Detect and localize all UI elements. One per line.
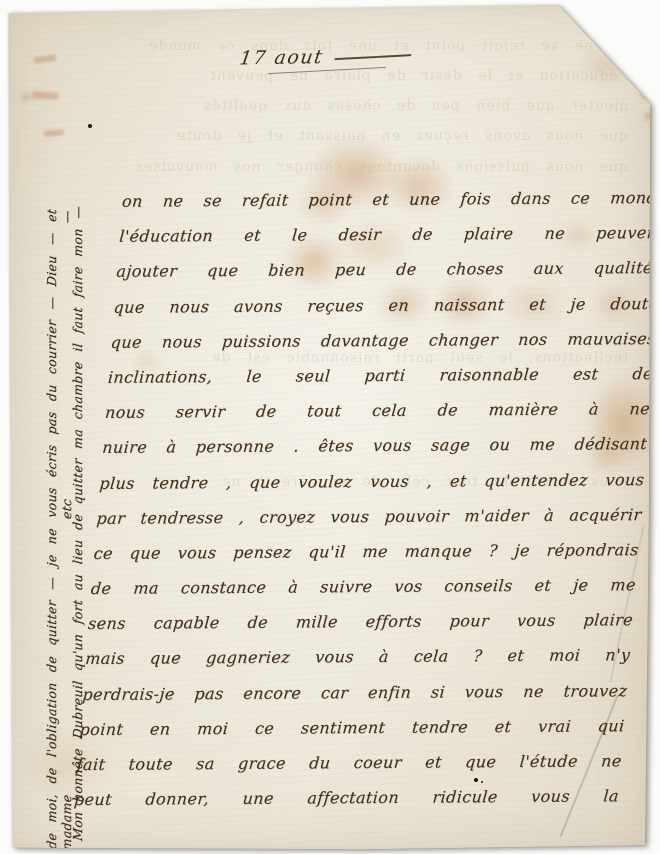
letter-line: mais que gagneriez vous à cela ? et moi … <box>84 638 632 677</box>
stain <box>643 111 655 121</box>
letter-body: on ne se refait point et une fois dans c… <box>73 180 660 818</box>
stain <box>576 43 636 88</box>
date-text: 17 aout <box>238 46 325 69</box>
letter-line: ce que vous pensez qu'il me manque ? je … <box>92 532 640 571</box>
show-through-line: ajouter que bien peu de choses aux quali… <box>27 98 630 114</box>
letter-line: plus tendre , que voulez vous , et qu'en… <box>98 462 646 501</box>
date-flourish-dash <box>335 54 412 60</box>
paper-sheet: on ne se refait point et une fois dans c… <box>6 4 652 850</box>
letter-line: peut donner, une affectation ridicule vo… <box>73 778 621 817</box>
paper-sheet-shadow: on ne se refait point et une fois dans c… <box>6 4 652 850</box>
letter-line: l'éducation et le desir de plaire ne peu… <box>118 215 660 254</box>
letter-line: que nous avons reçues en naissant et je … <box>112 286 660 325</box>
letter-line: sens capable de mille efforts pour vous … <box>87 602 635 641</box>
letter-line: point en moi ce sentiment tendre et vrai… <box>78 708 626 747</box>
margin-cross-writing-outer: de moi, de l'obligation de quitter — je … <box>44 208 74 851</box>
letter-line: nous servir de tout cela de manière à ne <box>104 391 652 430</box>
letter-line: perdrais-je pas encore car enfin si vous… <box>81 673 629 712</box>
letter-line: nuire à personne . êtes vous sage ou me … <box>101 426 649 465</box>
letter-line: par tendresse , croyez vous pouvoir m'ai… <box>95 497 643 536</box>
letter-photograph: on ne se refait point et une fois dans c… <box>0 0 660 854</box>
stain <box>638 87 654 101</box>
letter-line: on ne se refait point et une fois dans c… <box>121 180 660 219</box>
ink-speck <box>88 124 92 128</box>
letter-line: de ma constance à suivre vos conseils et… <box>90 567 638 606</box>
letter-line: inclinations, le seul parti raisonnable … <box>107 356 655 395</box>
letter-line: ajouter que bien peu de choses aux quali… <box>115 250 660 289</box>
stain <box>19 92 33 102</box>
letter-line: fait toute sa grace du coeur et que l'ét… <box>75 743 623 782</box>
date-heading: 17 aout <box>238 45 413 70</box>
letter-line: que nous puissions davantage changer nos… <box>109 321 657 360</box>
